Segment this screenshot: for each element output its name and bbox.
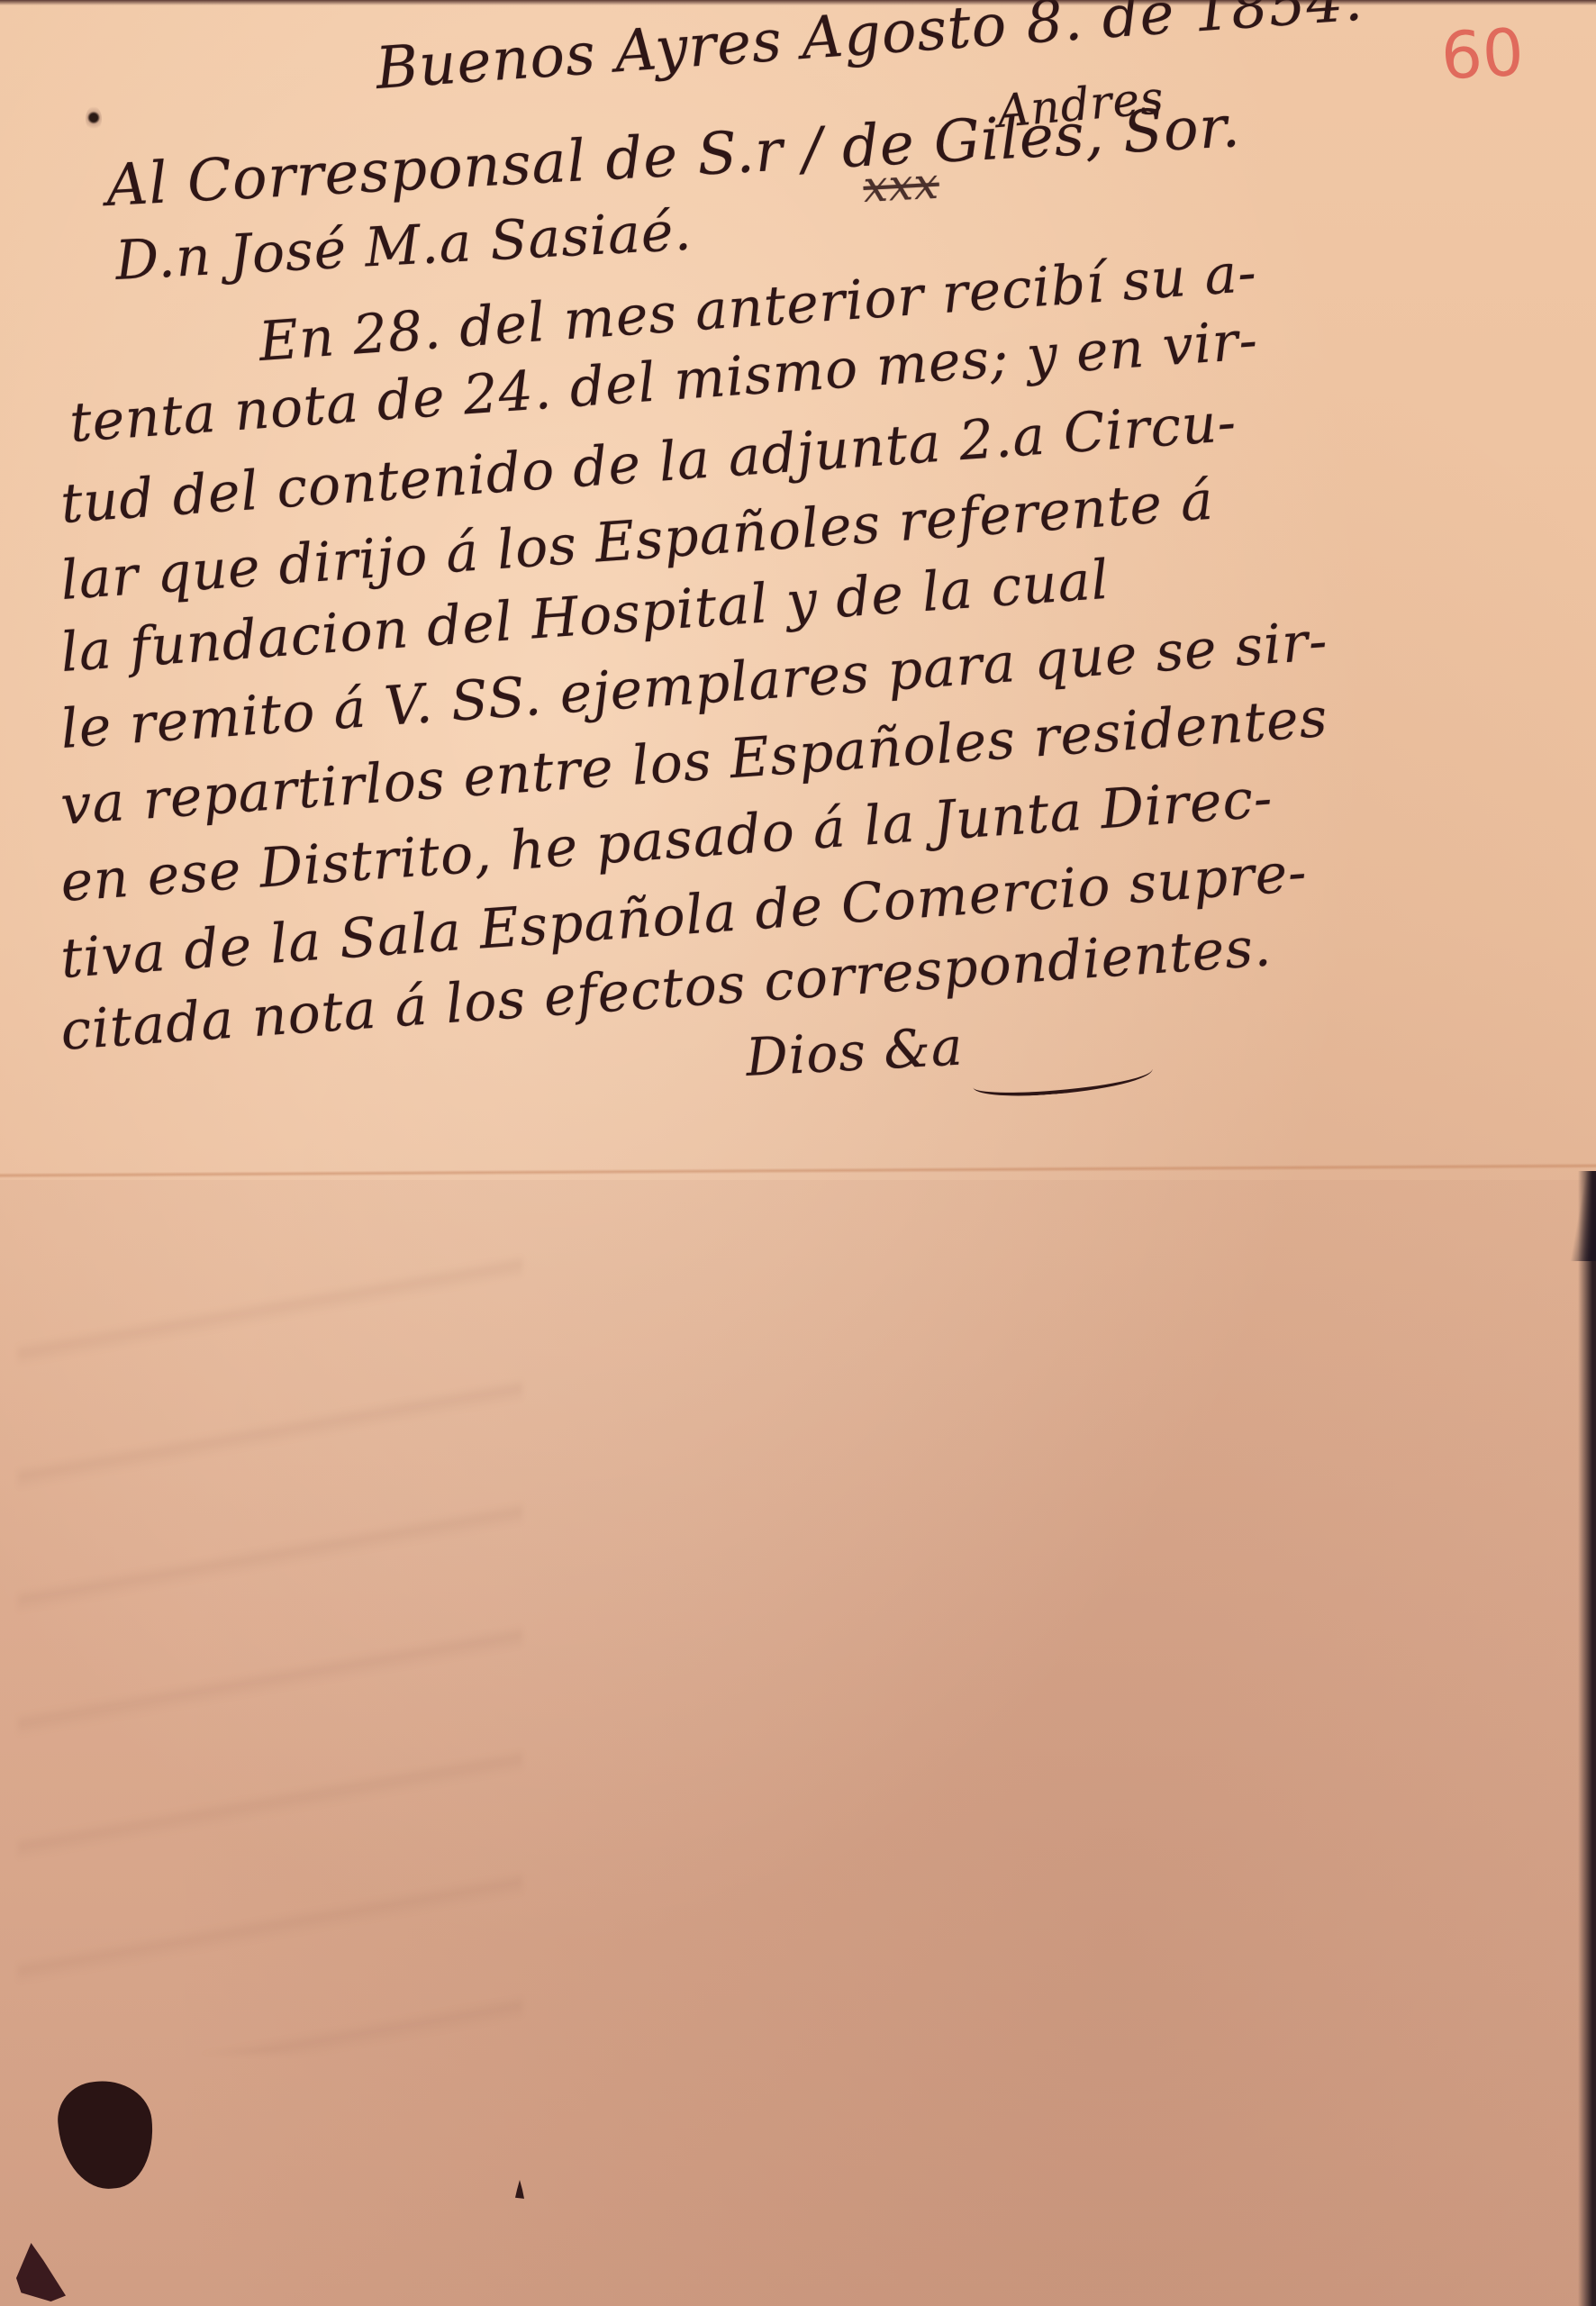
letter-page: 60 Buenos Ayres Agosto 8. de 1854. Andre…	[0, 0, 1596, 2306]
closing-salutation: Dios &a	[744, 1015, 965, 1088]
date-line: Buenos Ayres Agosto 8. de 1854.	[374, 0, 1365, 103]
ink-bleed-through	[18, 1243, 522, 2054]
page-number: 60	[1439, 14, 1526, 95]
closing-flourish	[972, 1057, 1154, 1100]
fold-crease	[0, 1163, 1596, 1178]
paper-hole	[86, 106, 102, 132]
right-edge-shadow	[1578, 1171, 1596, 2306]
right-edge-notch	[1569, 1171, 1596, 1261]
